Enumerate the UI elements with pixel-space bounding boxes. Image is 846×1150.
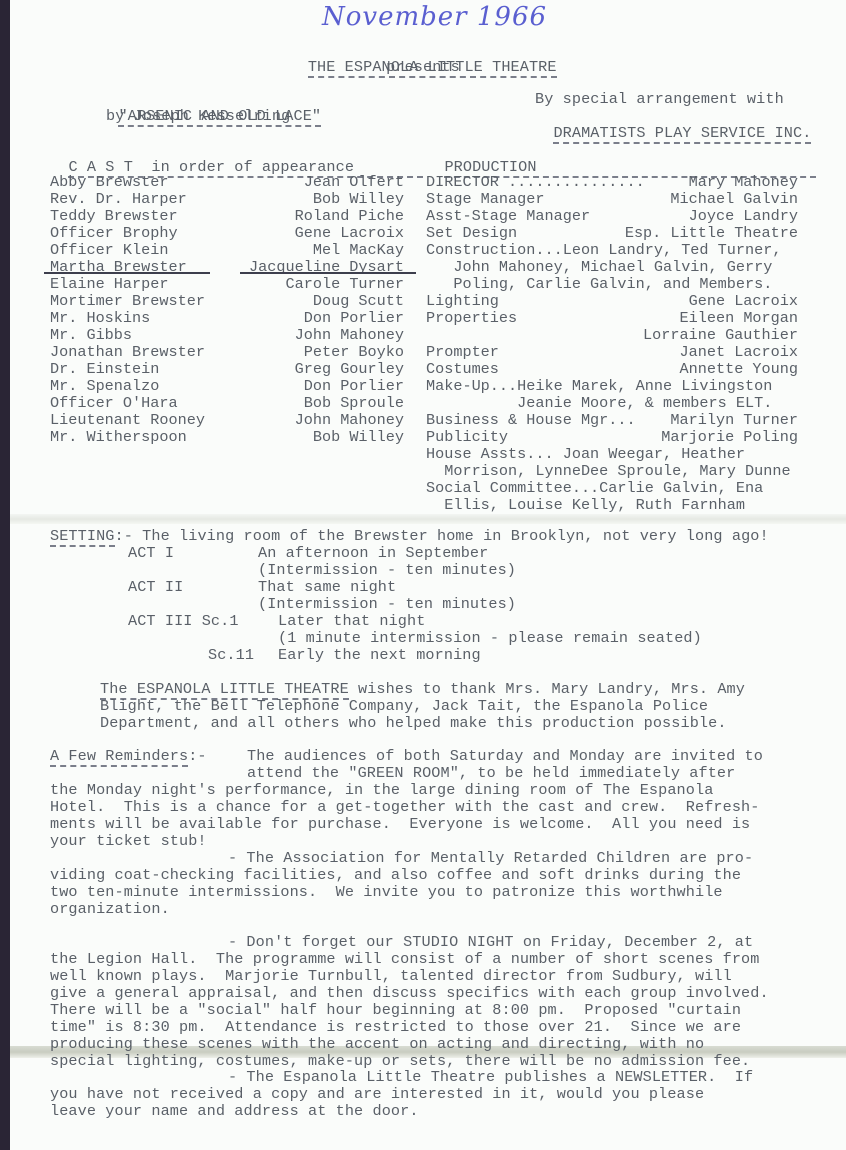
reminder-line: Hotel. This is a chance for a get-togeth… (50, 799, 759, 816)
reminder-line: two ten-minute intermissions. We invite … (50, 884, 723, 901)
reminder-line: - The Espanola Little Theatre publishes … (228, 1069, 753, 1086)
setting-label: SETTING (50, 527, 115, 547)
act-description: (Intermission - ten minutes) (258, 562, 516, 579)
production-row: Morrison, LynneDee Sproule, Mary Dunne (426, 463, 798, 480)
production-row: Poling, Carlie Galvin, and Members. (426, 276, 798, 293)
cast-row: Mortimer BrewsterDoug Scutt (50, 293, 404, 310)
role-name: Mr. Gibbs (50, 327, 132, 344)
production-role: Poling, Carlie Galvin, and Members. (426, 276, 772, 293)
actor-name: Don Porlier (304, 378, 404, 395)
role-name: Teddy Brewster (50, 208, 178, 225)
cast-row: Dr. EinsteinGreg Gourley (50, 361, 404, 378)
production-role: Morrison, LynneDee Sproule, Mary Dunne (426, 463, 791, 480)
arrangement-line1: By special arrangement with (535, 91, 784, 108)
actor-name: Doug Scutt (313, 293, 404, 310)
production-person: Mary Mahoney (689, 174, 798, 191)
role-name: Mortimer Brewster (50, 293, 205, 310)
production-list: DIRECTOR ...............Mary MahoneyStag… (426, 174, 798, 514)
production-row: Stage ManagerMichael Galvin (426, 191, 798, 208)
actor-name: Don Porlier (304, 310, 404, 327)
reminder-line: attend the "GREEN ROOM", to be held imme… (247, 765, 735, 782)
cast-row: Officer O'HaraBob Sproule (50, 395, 404, 412)
reminder-line: give a general appraisal, and then discu… (50, 985, 769, 1002)
production-role: Asst-Stage Manager (426, 208, 590, 225)
reminders-sep: :- (188, 747, 206, 765)
production-role: Ellis, Louise Kelly, Ruth Farnham (426, 497, 745, 514)
production-role: Publicity (426, 429, 508, 446)
cast-row: Rev. Dr. HarperBob Willey (50, 191, 404, 208)
production-row: PublicityMarjorie Poling (426, 429, 798, 446)
act-description: An afternoon in September (258, 545, 488, 562)
actor-name: Mel MacKay (313, 242, 404, 259)
cast-row: Mr. WitherspoonBob Willey (50, 429, 404, 446)
reminders-label-text: A Few Reminders (50, 747, 188, 767)
reminder-line: the Legion Hall. The programme will cons… (50, 951, 759, 968)
production-row: Asst-Stage ManagerJoyce Landry (426, 208, 798, 225)
act-label: ACT I (128, 545, 174, 562)
publisher-name: DRAMATISTS PLAY SERVICE INC. (553, 124, 811, 144)
act-label: Sc.11 (208, 647, 254, 664)
production-role: Stage Manager (426, 191, 544, 208)
role-name: Mr. Hoskins (50, 310, 150, 327)
role-name: Lieutenant Rooney (50, 412, 205, 429)
reminder-line: time" is 8:30 pm. Attendance is restrict… (50, 1019, 741, 1036)
actor-name: Greg Gourley (295, 361, 404, 378)
production-person: Joyce Landry (689, 208, 798, 225)
act-description: (1 minute intermission - please remain s… (278, 630, 702, 647)
role-name: Mr. Witherspoon (50, 429, 187, 446)
production-person: Annette Young (680, 361, 798, 378)
production-role: Social Committee...Carlie Galvin, Ena (426, 480, 763, 497)
cast-row: Officer KleinMel MacKay (50, 242, 404, 259)
production-row: John Mahoney, Michael Galvin, Gerry (426, 259, 798, 276)
play-author: by Joseph Kesselring (106, 108, 290, 125)
reminder-line: The audiences of both Saturday and Monda… (247, 748, 763, 765)
paper-fold (10, 514, 846, 524)
role-name: Dr. Einstein (50, 361, 159, 378)
reminder-line: organization. (50, 901, 170, 918)
thanks-line3: Department, and all others who helped ma… (100, 715, 727, 732)
production-role: Jeanie Moore, & members ELT. (426, 395, 772, 412)
actor-name: John Mahoney (295, 412, 404, 429)
reminder-line: well known plays. Marjorie Turnbull, tal… (50, 968, 732, 985)
production-person: Gene Lacroix (689, 293, 798, 310)
reminder-line: the Monday night's performance, in the l… (50, 782, 713, 799)
act-description: Later that night (278, 613, 425, 630)
production-row: CostumesAnnette Young (426, 361, 798, 378)
actor-name: Bob Willey (313, 191, 404, 208)
production-role: Set Design (426, 225, 517, 242)
production-row: LightingGene Lacroix (426, 293, 798, 310)
actor-name: Roland Piche (295, 208, 404, 225)
cast-list: Abby BrewsterJean OlfertRev. Dr. HarperB… (50, 174, 404, 446)
act-description: Early the next morning (278, 647, 481, 664)
cast-row: Jonathan BrewsterPeter Boyko (50, 344, 404, 361)
hand-underline (240, 272, 416, 274)
production-role: Properties (426, 310, 517, 327)
reminder-line: leave your name and address at the door. (50, 1103, 419, 1120)
act-description: (Intermission - ten minutes) (258, 596, 516, 613)
act-label: ACT III Sc.1 (128, 613, 239, 630)
scan-edge (0, 0, 10, 1150)
actor-name: John Mahoney (295, 327, 404, 344)
production-row: Business & House Mgr...Marilyn Turner (426, 412, 798, 429)
production-row: Ellis, Louise Kelly, Ruth Farnham (426, 497, 798, 514)
reminder-line: - Don't forget our STUDIO NIGHT on Frida… (228, 934, 753, 951)
actor-name: Gene Lacroix (295, 225, 404, 242)
setting-text: The living room of the Brewster home in … (142, 527, 769, 545)
cast-row: Officer BrophyGene Lacroix (50, 225, 404, 242)
actor-name: Bob Sproule (304, 395, 404, 412)
actor-name: Carole Turner (286, 276, 404, 293)
role-name: Officer Klein (50, 242, 168, 259)
role-name: Officer Brophy (50, 225, 178, 242)
production-row: DIRECTOR ...............Mary Mahoney (426, 174, 798, 191)
cast-row: Mr. HoskinsDon Porlier (50, 310, 404, 327)
production-role: Prompter (426, 344, 499, 361)
production-role: Construction...Leon Landry, Ted Turner, (426, 242, 781, 259)
production-row: Lorraine Gauthier (426, 327, 798, 344)
production-person: Janet Lacroix (680, 344, 798, 361)
production-person: Michael Galvin (670, 191, 798, 208)
setting-sep: :- (115, 527, 143, 545)
cast-row: Abby BrewsterJean Olfert (50, 174, 404, 191)
thanks-text: wishes to thank Mrs. Mary Landry, Mrs. A… (349, 680, 745, 698)
production-row: Social Committee...Carlie Galvin, Ena (426, 480, 798, 497)
cast-row: Mr. GibbsJohn Mahoney (50, 327, 404, 344)
production-row: Make-Up...Heike Marek, Anne Livingston (426, 378, 798, 395)
handwritten-date: November 1966 (322, 2, 547, 32)
actor-name: Bob Willey (313, 429, 404, 446)
production-role: DIRECTOR ............... (426, 174, 645, 191)
production-person: Marjorie Poling (661, 429, 798, 446)
production-row: PrompterJanet Lacroix (426, 344, 798, 361)
production-person: Esp. Little Theatre (625, 225, 798, 242)
production-person: Marilyn Turner (670, 412, 798, 429)
role-name: Jonathan Brewster (50, 344, 205, 361)
reminder-line: - The Association for Mentally Retarded … (228, 850, 753, 867)
production-row: Construction...Leon Landry, Ted Turner, (426, 242, 798, 259)
production-role: Make-Up...Heike Marek, Anne Livingston (426, 378, 772, 395)
cast-row: Lieutenant RooneyJohn Mahoney (50, 412, 404, 429)
role-name: Officer O'Hara (50, 395, 178, 412)
role-name: Rev. Dr. Harper (50, 191, 187, 208)
reminder-line: you have not received a copy and are int… (50, 1086, 704, 1103)
cast-row: Teddy BrewsterRoland Piche (50, 208, 404, 225)
arrangement-line2: DRAMATISTS PLAY SERVICE INC. (535, 108, 811, 142)
reminder-line: There will be a "social" half hour begin… (50, 1002, 741, 1019)
production-role: Lighting (426, 293, 499, 310)
reminder-line: producing these scenes with the accent o… (50, 1036, 704, 1053)
reminder-line: your ticket stub! (50, 833, 207, 850)
production-role: John Mahoney, Michael Galvin, Gerry (426, 259, 772, 276)
header-presents: presents (0, 59, 846, 76)
production-role: Costumes (426, 361, 499, 378)
thanks-line2: Blight, the Bell Telephone Company, Jack… (100, 698, 708, 715)
reminder-line: viding coat-checking facilities, and als… (50, 867, 741, 884)
act-description: That same night (258, 579, 396, 596)
reminder-line: ments will be available for purchase. Ev… (50, 816, 750, 833)
role-name: Mr. Spenalzo (50, 378, 159, 395)
production-row: Jeanie Moore, & members ELT. (426, 395, 798, 412)
production-row: PropertiesEileen Morgan (426, 310, 798, 327)
production-person: Lorraine Gauthier (643, 327, 798, 344)
production-role: Business & House Mgr... (426, 412, 636, 429)
actor-name: Jean Olfert (304, 174, 404, 191)
role-name: Abby Brewster (50, 174, 168, 191)
hand-underline (44, 272, 210, 274)
role-name: Elaine Harper (50, 276, 168, 293)
production-row: Set DesignEsp. Little Theatre (426, 225, 798, 242)
cast-row: Mr. SpenalzoDon Porlier (50, 378, 404, 395)
reminders-label: A Few Reminders:- (50, 748, 207, 765)
production-role: House Assts... Joan Weegar, Heather (426, 446, 745, 463)
thanks-line1: The ESPANOLA LITTLE THEATRE wishes to th… (100, 681, 745, 698)
production-row: House Assts... Joan Weegar, Heather (426, 446, 798, 463)
cast-row: Elaine HarperCarole Turner (50, 276, 404, 293)
setting-line: SETTING:- The living room of the Brewste… (50, 528, 769, 545)
act-label: ACT II (128, 579, 183, 596)
production-person: Eileen Morgan (680, 310, 798, 327)
actor-name: Peter Boyko (304, 344, 404, 361)
